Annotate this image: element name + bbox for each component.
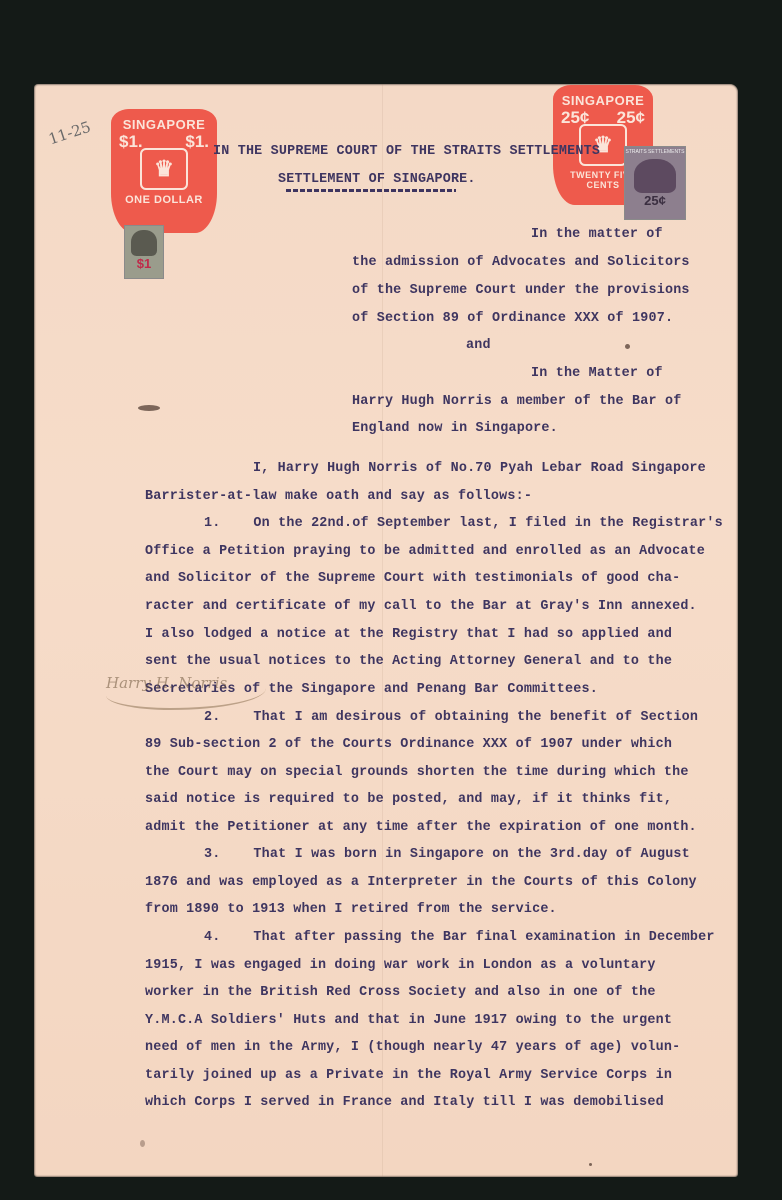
matter-line: England now in Singapore. <box>352 421 558 437</box>
heading-underline <box>286 189 456 192</box>
body-line: and Solicitor of the Supreme Court with … <box>145 571 680 587</box>
body-line: 2. That I am desirous of obtaining the b… <box>204 710 698 726</box>
body-line: Y.M.C.A Soldiers' Huts and that in June … <box>145 1013 672 1029</box>
body-line: need of men in the Army, I (though nearl… <box>145 1040 680 1056</box>
stamp-header: STRAITS SETTLEMENTS <box>625 149 685 155</box>
body-line: 89 Sub-section 2 of the Courts Ordinance… <box>145 737 672 753</box>
matter-line: of Section 89 of Ordinance XXX of 1907. <box>352 311 673 327</box>
body-line: I, Harry Hugh Norris of No.70 Pyah Lebar… <box>220 461 706 477</box>
body-line: tarily joined up as a Private in the Roy… <box>145 1068 672 1084</box>
ink-spot <box>589 1163 592 1166</box>
body-line: 1876 and was employed as a Interpreter i… <box>145 875 697 891</box>
body-line: sent the usual notices to the Acting Att… <box>145 654 672 670</box>
ink-spot <box>625 344 630 349</box>
body-line: admit the Petitioner at any time after t… <box>145 820 697 836</box>
matter-line: In the matter of <box>531 227 663 243</box>
body-line: 1915, I was engaged in doing war work in… <box>145 958 656 974</box>
stamp-value-right: 25¢ <box>617 108 645 128</box>
body-line: worker in the British Red Cross Society … <box>145 985 656 1001</box>
body-line: said notice is required to be posted, an… <box>145 792 672 808</box>
king-portrait-icon <box>131 230 158 256</box>
stamp-value-left: $1. <box>119 132 143 152</box>
matter-line: and <box>466 338 491 354</box>
ink-blot <box>138 405 160 411</box>
body-line: Office a Petition praying to be admitted… <box>145 544 705 560</box>
ink-spot <box>140 1140 145 1147</box>
matter-line: the admission of Advocates and Solicitor… <box>352 255 690 271</box>
body-line: from 1890 to 1913 when I retired from th… <box>145 902 557 918</box>
stamp-label: SINGAPORE <box>553 93 653 108</box>
adhesive-stamp-twenty-five-cents: STRAITS SETTLEMENTS 25¢ <box>624 146 686 220</box>
adhesive-stamp-one-dollar: $1 <box>124 225 164 279</box>
stamp-value-right: $1. <box>185 132 209 152</box>
body-line: Barrister-at-law make oath and say as fo… <box>145 489 532 505</box>
court-heading: IN THE SUPREME COURT OF THE STRAITS SETT… <box>213 144 600 160</box>
crown-icon: ♛ <box>140 148 188 190</box>
body-line: 4. That after passing the Bar final exam… <box>204 930 715 946</box>
body-line: I also lodged a notice at the Registry t… <box>145 627 672 643</box>
body-line: racter and certificate of my call to the… <box>145 599 697 615</box>
king-portrait-icon <box>634 159 676 193</box>
settlement-heading: SETTLEMENT OF SINGAPORE. <box>278 172 476 188</box>
matter-line: Harry Hugh Norris a member of the Bar of <box>352 394 681 410</box>
matter-line: In the Matter of <box>531 366 663 382</box>
revenue-stamp-one-dollar: SINGAPORE $1. $1. ♛ ONE DOLLAR <box>111 109 217 233</box>
stamp-value-left: 25¢ <box>561 108 589 128</box>
stamp-value: $1 <box>125 256 163 271</box>
stamp-value: 25¢ <box>625 193 685 208</box>
body-line: which Corps I served in France and Italy… <box>145 1095 664 1111</box>
stamp-denomination: ONE DOLLAR <box>111 194 217 206</box>
matter-line: of the Supreme Court under the provision… <box>352 283 690 299</box>
stamp-label: SINGAPORE <box>111 117 217 132</box>
body-line: 1. On the 22nd.of September last, I file… <box>204 516 723 532</box>
body-line: 3. That I was born in Singapore on the 3… <box>204 847 690 863</box>
body-line: the Court may on special grounds shorten… <box>145 765 689 781</box>
